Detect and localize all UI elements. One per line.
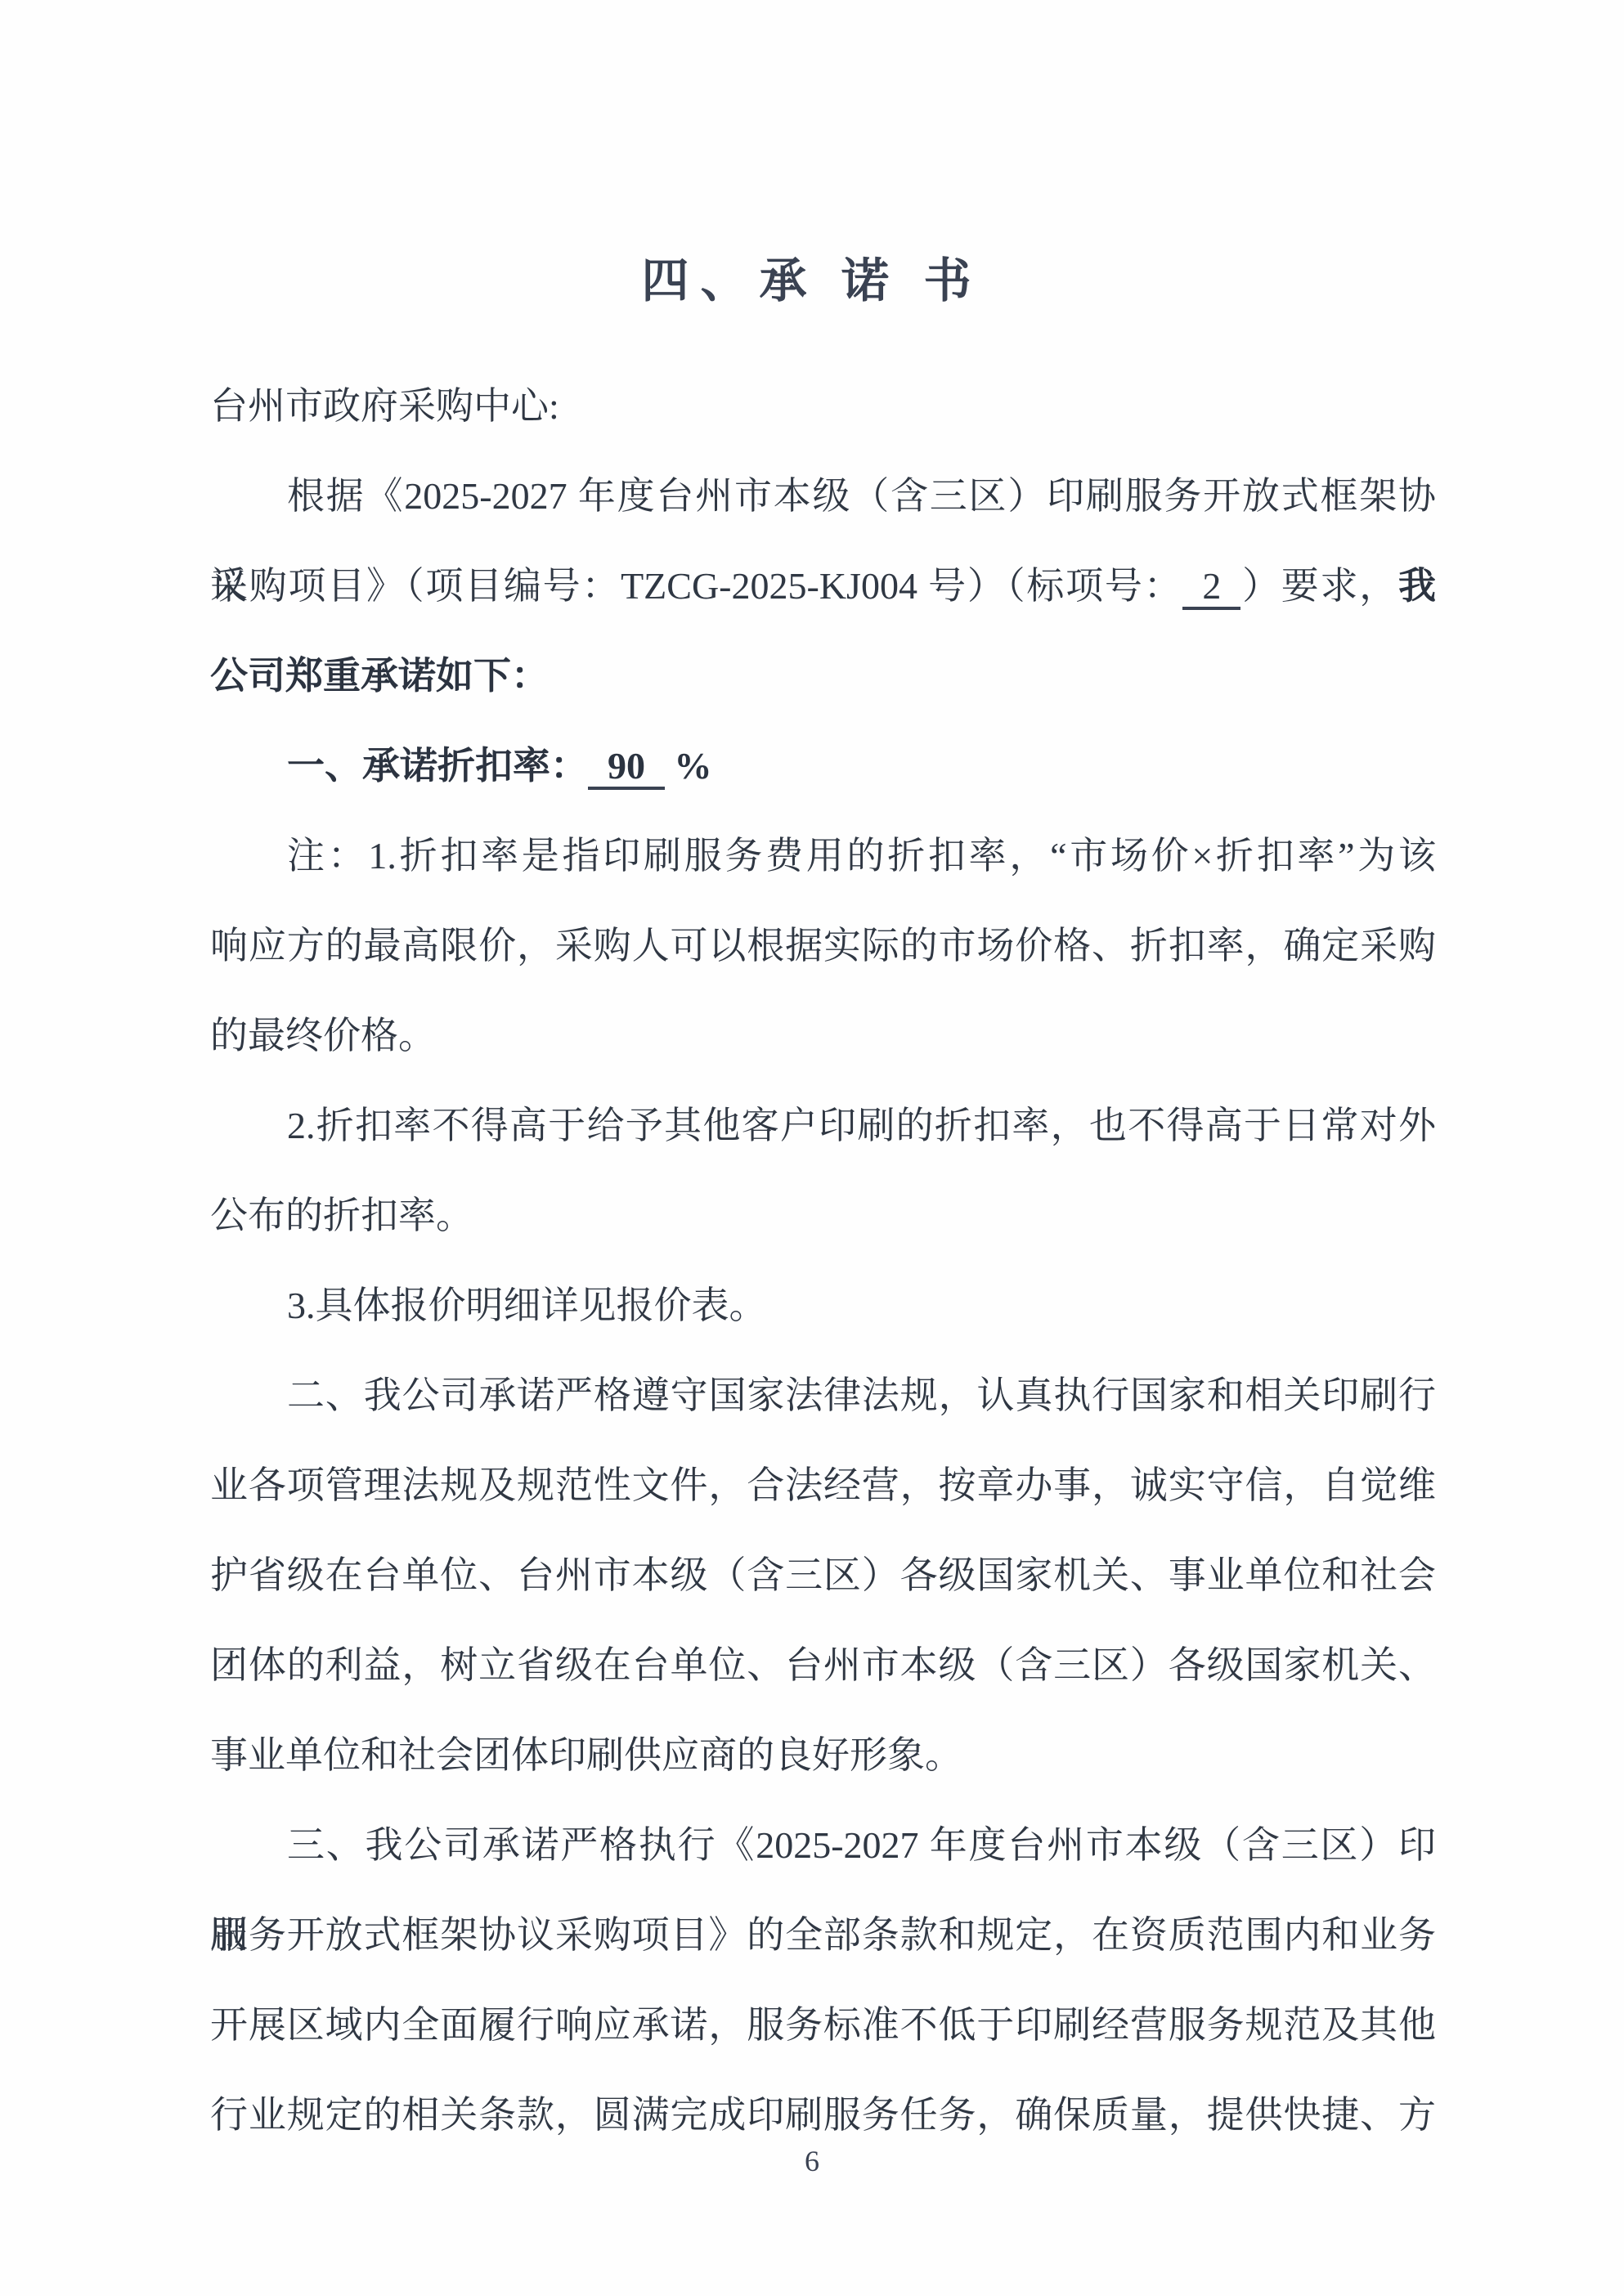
text-segment: %	[665, 745, 712, 787]
text-line: 服务开放式框架协议采购项目》的全部条款和规定，在资质范围内和业务	[210, 1890, 1436, 1980]
text-line: 的最终价格。	[210, 991, 1436, 1081]
text-segment: 事业单位和社会团体印刷供应商的良好形象。	[210, 1734, 962, 1776]
text-line: 公司郑重承诺如下：	[210, 631, 1436, 721]
text-line: 业各项管理法规及规范性文件，合法经营，按章办事，诚实守信，自觉维	[210, 1441, 1436, 1531]
text-line: 3.具体报价明细详见报价表。	[210, 1261, 1436, 1351]
text-segment: 服务开放式框架协议采购项目》的全部条款和规定，在资质范围内和业务	[210, 1914, 1436, 1956]
text-segment: 3.具体报价明细详见报价表。	[287, 1285, 767, 1326]
text-segment: 响应方的最高限价，采购人可以根据实际的市场价格、折扣率，确定采购	[210, 925, 1436, 966]
text-line: 二、我公司承诺严格遵守国家法律法规，认真执行国家和相关印刷行	[210, 1351, 1436, 1441]
document-page: 四、承 诺 书 台州市政府采购中心:根据《2025-2027 年度台州市本级（含…	[0, 0, 1624, 2296]
text-segment: 二、我公司承诺严格遵守国家法律法规，认真执行国家和相关印刷行	[287, 1374, 1436, 1416]
text-segment: 团体的利益，树立省级在台单位、台州市本级（含三区）各级国家机关、	[210, 1644, 1436, 1686]
document-title: 四、承 诺 书	[0, 242, 1624, 311]
text-segment: 采购项目》（项目编号：TZCG-2025-KJ004 号）（标项号：	[210, 565, 1182, 607]
text-line: 事业单位和社会团体印刷供应商的良好形象。	[210, 1711, 1436, 1800]
text-line: 根据《2025-2027 年度台州市本级（含三区）印刷服务开放式框架协议	[210, 451, 1436, 541]
text-segment: 开展区域内全面履行响应承诺，服务标准不低于印刷经营服务规范及其他	[210, 2004, 1436, 2046]
text-segment: 我	[1398, 565, 1436, 607]
text-segment: 行业规定的相关条款，圆满完成印刷服务任务，确保质量，提供快捷、方	[210, 2094, 1436, 2136]
text-line: 响应方的最高限价，采购人可以根据实际的市场价格、折扣率，确定采购	[210, 901, 1436, 991]
text-segment: 护省级在台单位、台州市本级（含三区）各级国家机关、事业单位和社会	[210, 1554, 1436, 1596]
text-segment: 公司郑重承诺如下：	[210, 655, 549, 697]
text-line: 采购项目》（项目编号：TZCG-2025-KJ004 号）（标项号：2）要求，我	[210, 541, 1436, 631]
text-segment: 业各项管理法规及规范性文件，合法经营，按章办事，诚实守信，自觉维	[210, 1464, 1436, 1506]
text-line: 一、承诺折扣率：90 %	[210, 721, 1436, 811]
text-segment: 2.折扣率不得高于给予其他客户印刷的折扣率，也不得高于日常对外	[287, 1105, 1436, 1146]
text-segment: 一、承诺折扣率：	[287, 745, 588, 787]
text-segment: 注：1.折扣率是指印刷服务费用的折扣率，“市场价×折扣率”为该	[287, 835, 1436, 877]
filled-blank-value: 2	[1182, 565, 1240, 610]
text-line: 开展区域内全面履行响应承诺，服务标准不低于印刷经营服务规范及其他	[210, 1980, 1436, 2070]
text-line: 2.折扣率不得高于给予其他客户印刷的折扣率，也不得高于日常对外	[210, 1081, 1436, 1171]
page-number: 6	[0, 2144, 1624, 2178]
text-line: 护省级在台单位、台州市本级（含三区）各级国家机关、事业单位和社会	[210, 1531, 1436, 1621]
text-line: 三、我公司承诺严格执行《2025-2027 年度台州市本级（含三区）印刷	[210, 1800, 1436, 1890]
document-body: 台州市政府采购中心:根据《2025-2027 年度台州市本级（含三区）印刷服务开…	[210, 361, 1436, 2160]
text-line: 公布的折扣率。	[210, 1171, 1436, 1261]
text-segment: 台州市政府采购中心:	[210, 385, 559, 427]
text-line: 台州市政府采购中心:	[210, 361, 1436, 451]
text-line: 团体的利益，树立省级在台单位、台州市本级（含三区）各级国家机关、	[210, 1621, 1436, 1711]
text-segment: ）要求，	[1240, 565, 1398, 607]
filled-blank-value: 90	[588, 745, 665, 790]
text-segment: 的最终价格。	[210, 1015, 436, 1056]
text-line: 注：1.折扣率是指印刷服务费用的折扣率，“市场价×折扣率”为该	[210, 811, 1436, 901]
text-segment: 公布的折扣率。	[210, 1195, 473, 1236]
